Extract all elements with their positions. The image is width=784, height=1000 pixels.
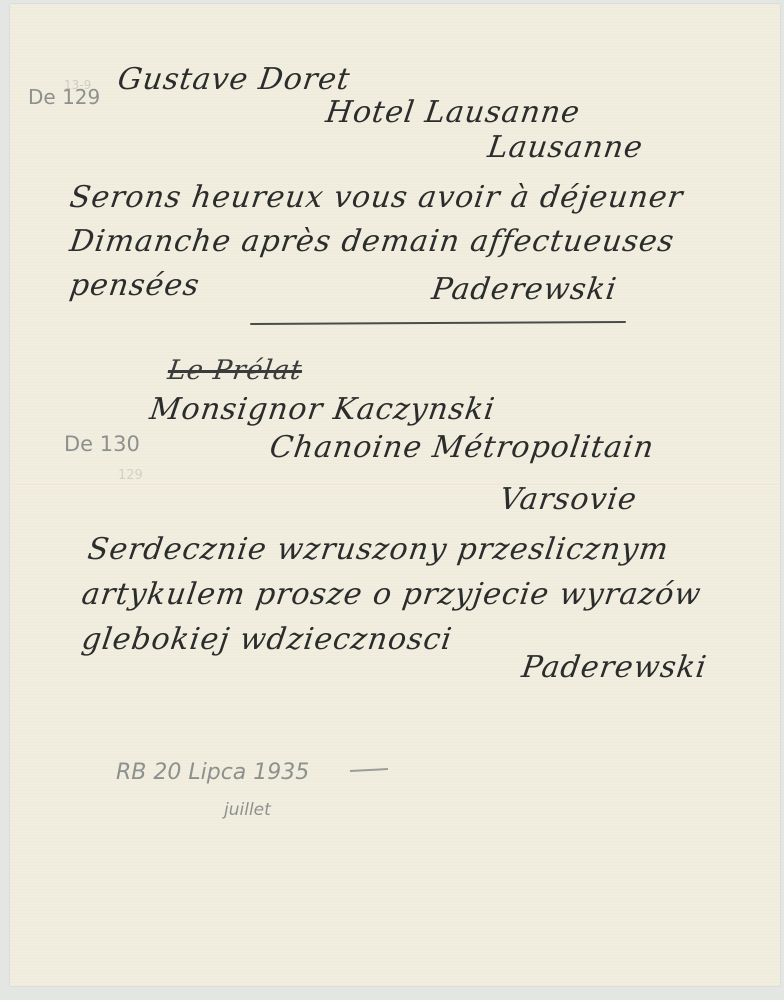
- body-line: Serdecznie wzruszony przeslicznym: [86, 532, 672, 567]
- body-line: glebokiej wdziecznosci: [80, 622, 455, 657]
- letter-paper: [10, 4, 780, 986]
- archive-mark-1-faint: 13-9: [64, 78, 91, 92]
- signature: Paderewski: [520, 650, 710, 685]
- signature: Paderewski: [430, 272, 620, 307]
- city: Varsovie: [498, 482, 640, 517]
- recipient-title: Chanoine Métropolitain: [268, 430, 657, 465]
- pencil-date-note: RB 20 Lipca 1935: [116, 760, 309, 785]
- recipient-name: Monsignor Kaczynski: [148, 392, 498, 427]
- body-line: artykulem prosze o przyjecie wyrazów: [80, 577, 704, 612]
- address-line-1: Hotel Lausanne: [324, 95, 583, 130]
- pencil-month-note: juillet: [224, 800, 271, 820]
- body-line: Dimanche après demain affectueuses: [68, 224, 677, 259]
- struck-out-text: Le Prélat: [166, 355, 304, 386]
- address-line-2: Lausanne: [486, 130, 646, 165]
- archive-mark-2-faint: 129: [118, 468, 143, 483]
- body-line: Serons heureux vous avoir à déjeuner: [68, 180, 686, 215]
- body-line: pensées: [68, 268, 202, 303]
- archive-mark-2: De 130: [64, 432, 140, 456]
- recipient-name: Gustave Doret: [116, 62, 353, 97]
